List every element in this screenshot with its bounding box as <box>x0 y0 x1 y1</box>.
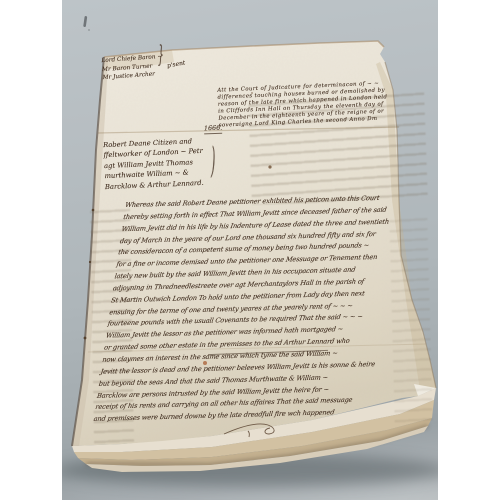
year-1666: 1666. <box>204 124 223 134</box>
court-heading: Att the Court of Judicature for determin… <box>217 80 388 130</box>
decree-body: Whereas the said Robert Deane petitioner… <box>93 192 401 426</box>
auction-photo-canvas: Lord Chiefe Baron ~ Mr Baron Turner Mr J… <box>0 0 500 500</box>
background-speck <box>83 16 90 31</box>
photo-of-manuscript: Lord Chiefe Baron ~ Mr Baron Turner Mr J… <box>62 0 438 500</box>
judges-panel: Lord Chiefe Baron ~ Mr Baron Turner Mr J… <box>101 53 164 83</box>
judges-brace: } <box>158 44 164 70</box>
parties-block: Robert Deane Citizen and ffeltworker of … <box>103 136 204 192</box>
parties-brace: ) <box>211 141 215 183</box>
